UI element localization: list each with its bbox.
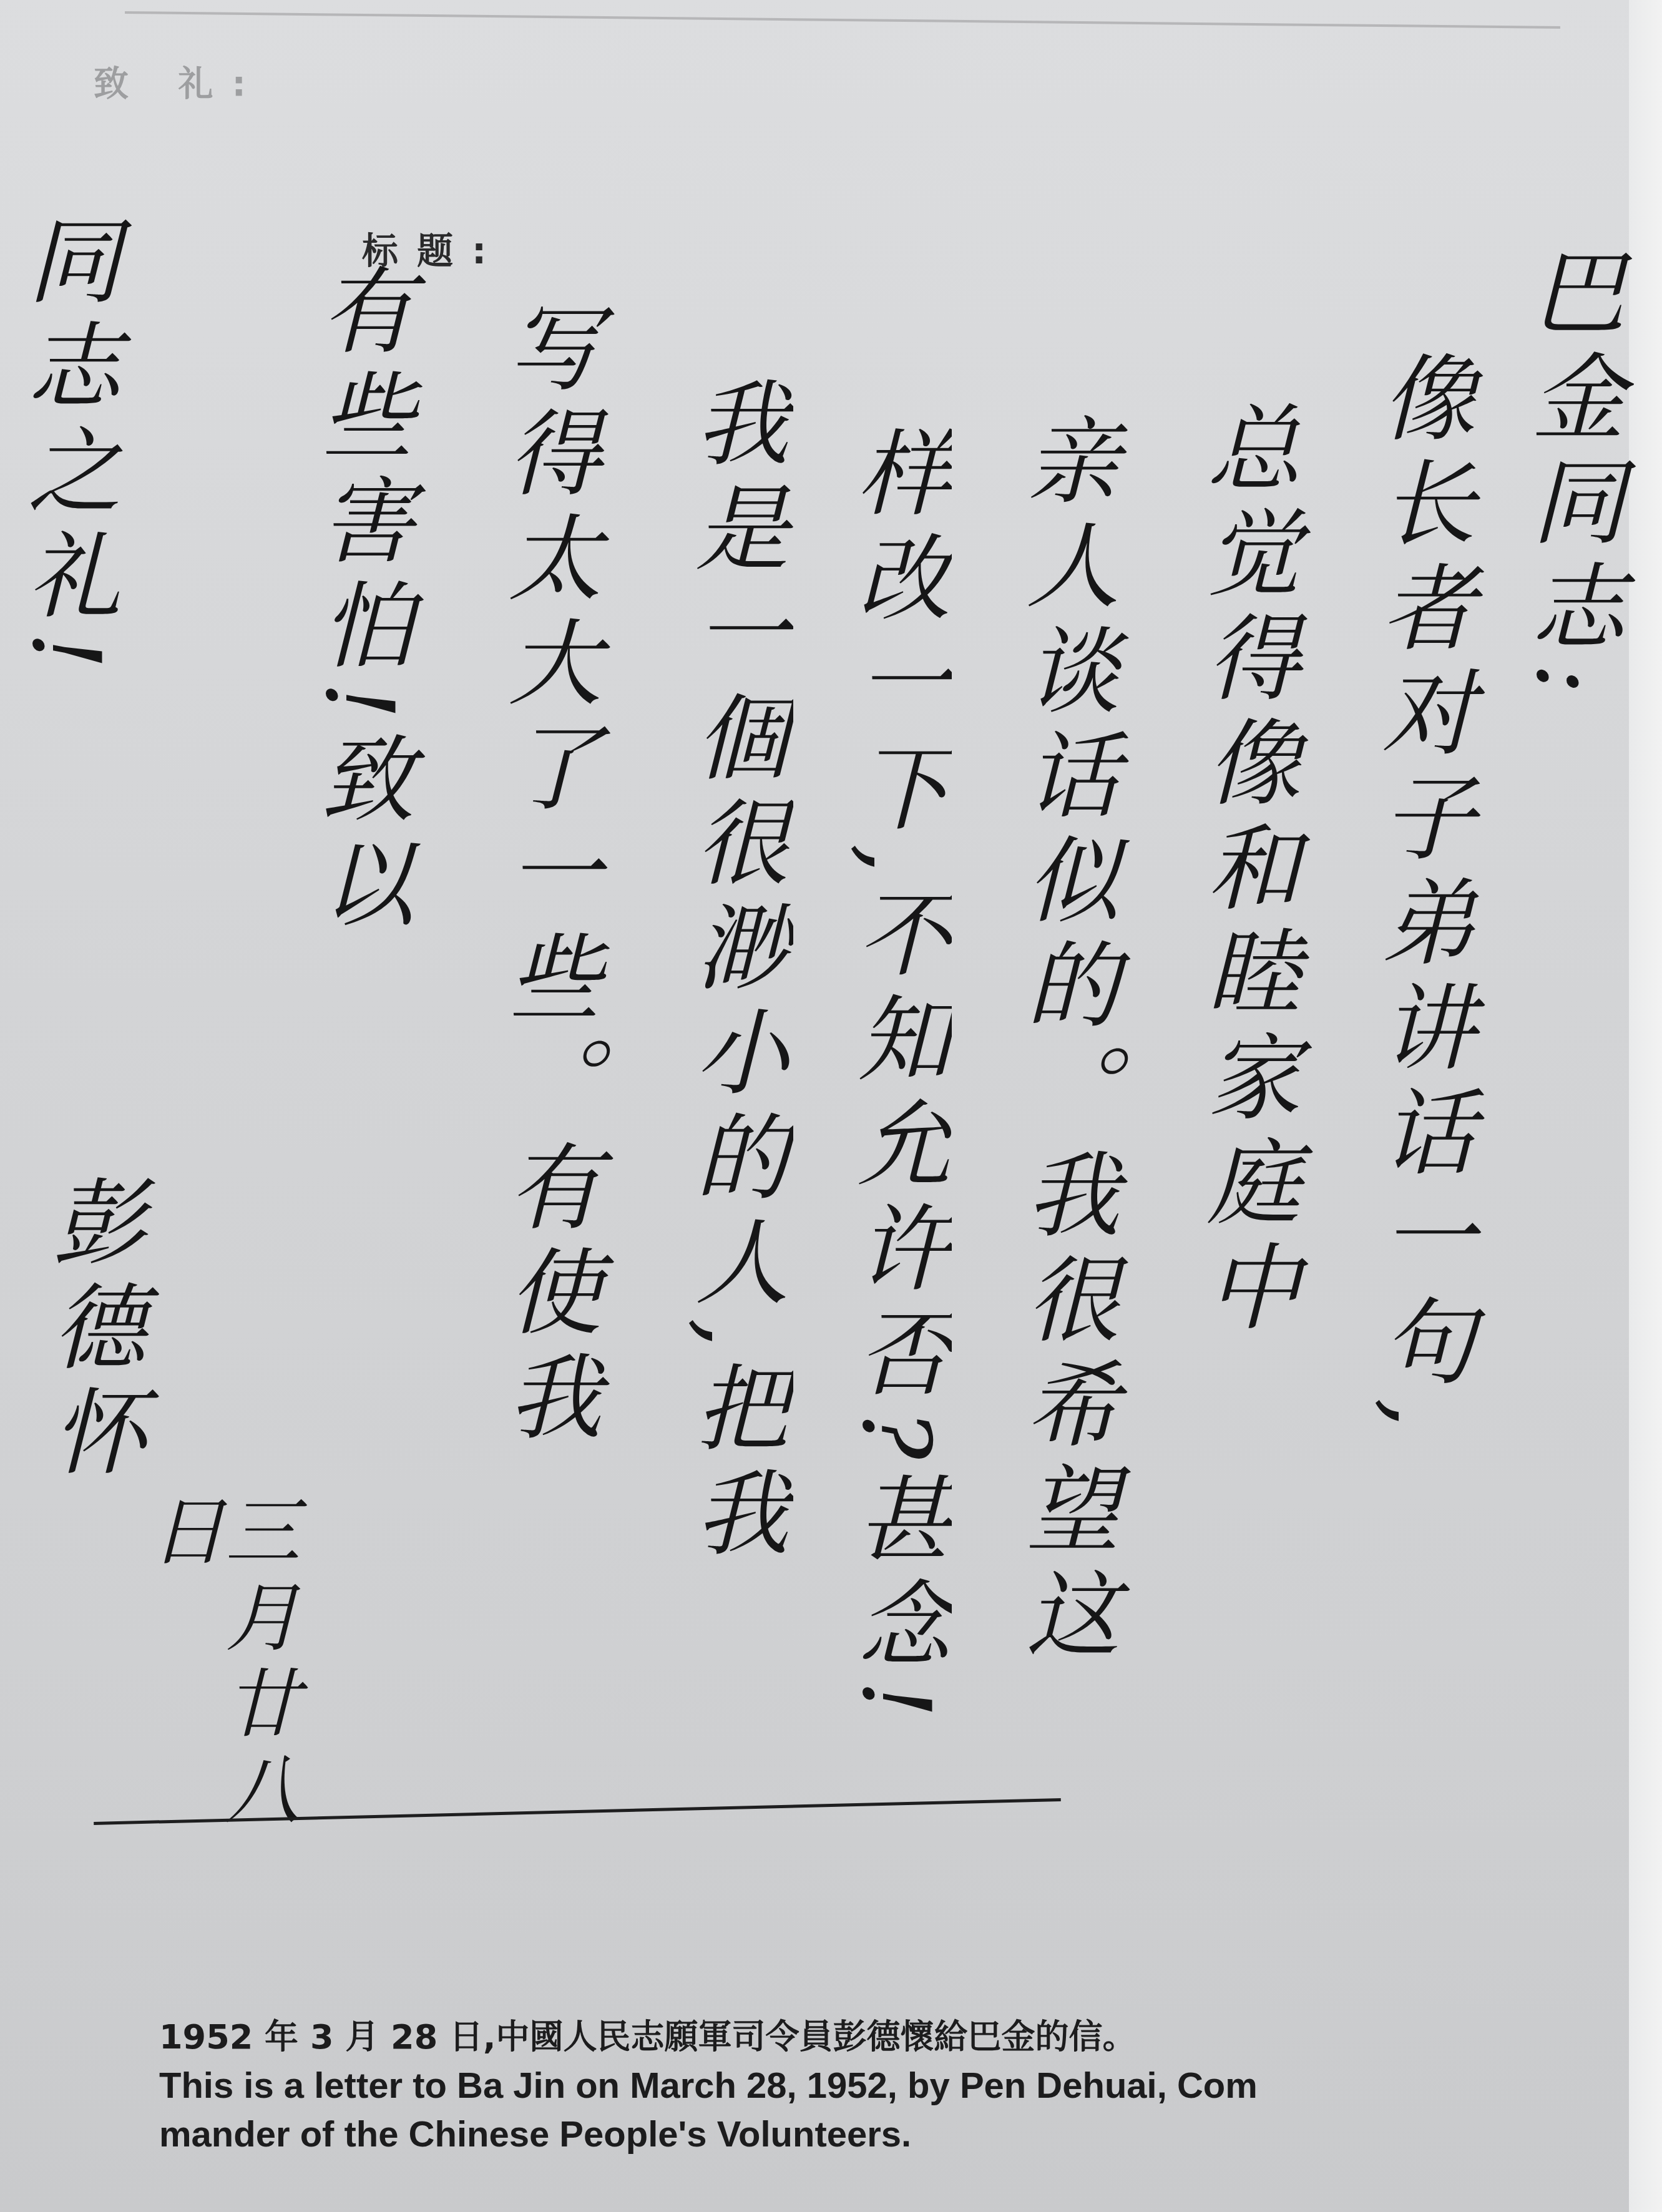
letter-column-2: 像长者对子弟讲话一句, <box>1373 350 1467 1439</box>
letter-column-4: 亲人谈话似的。我很希望这 <box>1017 412 1111 1670</box>
letter-column-9: 同志之礼! <box>19 212 112 680</box>
caption-english-line-1: This is a letter to Ba Jin on March 28, … <box>159 2062 1620 2110</box>
signature-date: 三月廿八日 <box>144 1492 293 1897</box>
letter-column-6: 我是一個很渺小的人,把我 <box>687 374 780 1569</box>
letter-column-5: 样改一下,不知允许否?甚念! <box>849 424 942 1729</box>
handwritten-letter: 巴金同志: 像长者对子弟讲话一句, 总觉得像和睦家庭中 亲人谈话似的。我很希望这… <box>0 237 1623 1897</box>
signature: 彭德怀 <box>44 1173 137 1488</box>
caption-english-line-2: mander of the Chinese People's Volunteer… <box>159 2110 1620 2159</box>
page-edge <box>1629 0 1662 2212</box>
letter-column-8: 有些害怕!致以 <box>312 262 406 940</box>
letter-column-3: 总觉得像和睦家庭中 <box>1198 399 1292 1343</box>
figure-caption: 1952 年 3 月 28 日,中國人民志願軍司令員彭德懷給巴金的信。 This… <box>159 2013 1620 2159</box>
letter-column-1: 巴金同志: <box>1523 243 1616 706</box>
caption-chinese: 1952 年 3 月 28 日,中國人民志願軍司令員彭德懷給巴金的信。 <box>159 2013 1620 2062</box>
letter-column-7: 写得太大了一些。有使我 <box>499 300 593 1453</box>
header-label-salutation: 致 礼: <box>94 56 265 106</box>
